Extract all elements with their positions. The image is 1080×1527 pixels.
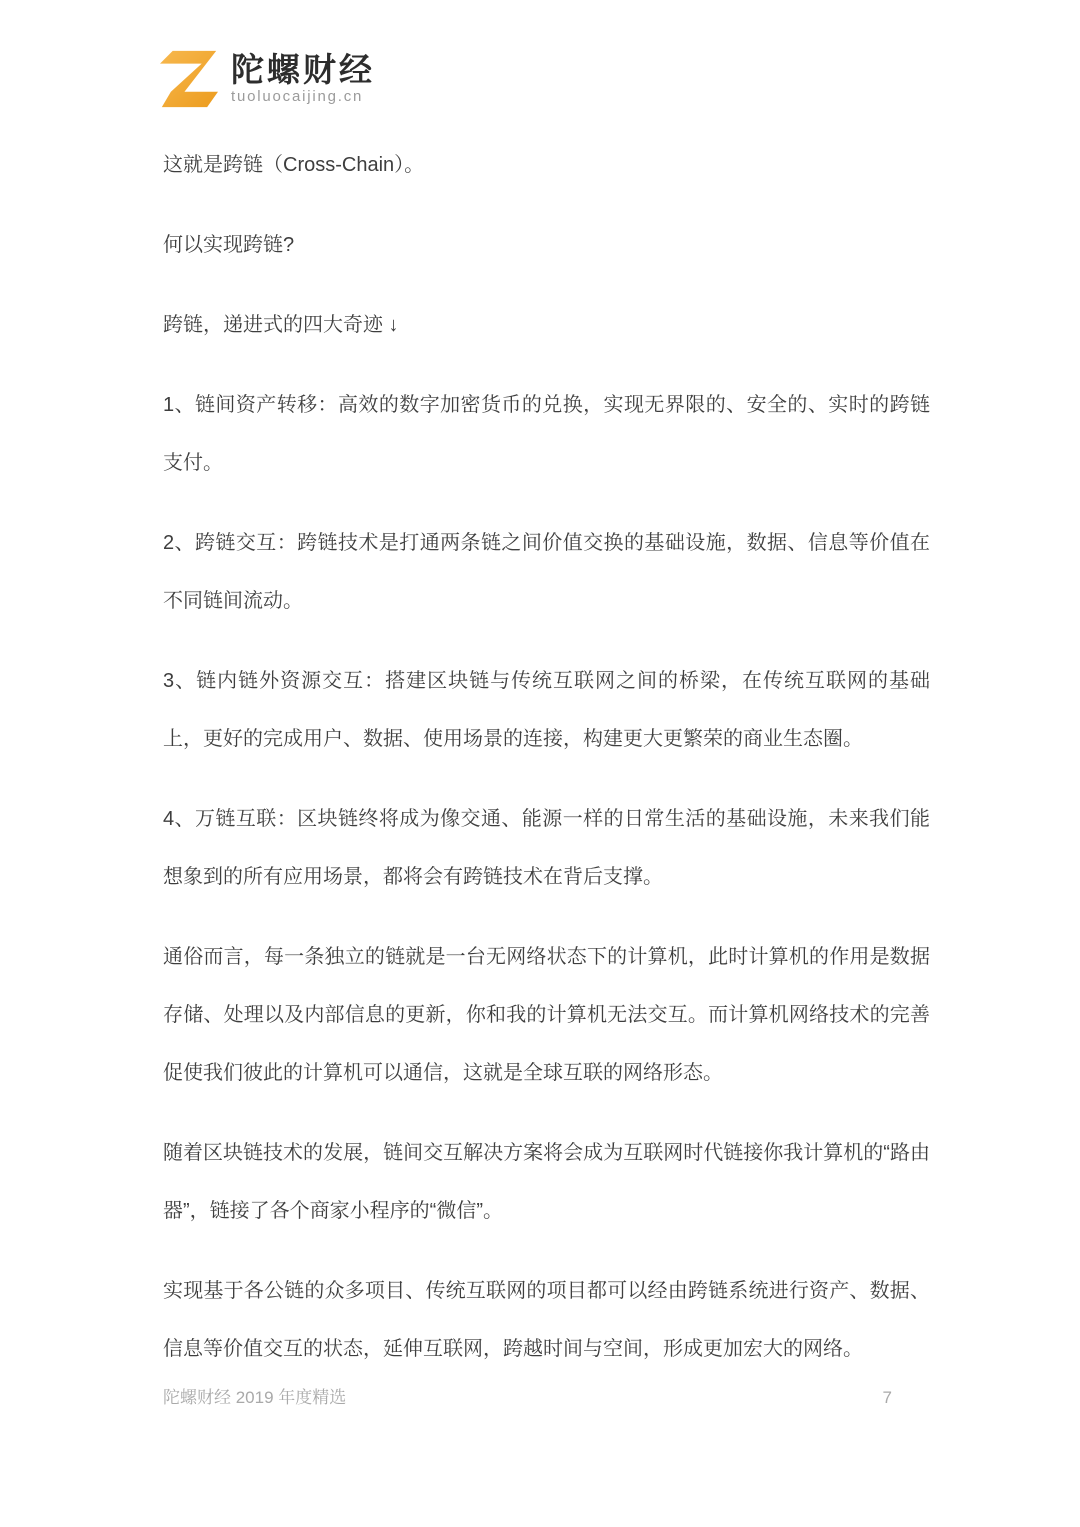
document-page: 陀螺财经 tuoluocaijing.cn 这就是跨链（Cross-Chain）… [0,0,1080,1527]
brand-name: 陀螺财经 [231,52,375,88]
footer-title: 陀螺财经 2019 年度精选 [163,1386,346,1410]
list-item-1: 1、链间资产转移：高效的数字加密货币的兑换，实现无界限的、安全的、实时的跨链支付… [163,376,930,492]
paragraph-closing: 实现基于各公链的众多项目、传统互联网的项目都可以经由跨链系统进行资产、数据、信息… [163,1262,930,1378]
list-item-2: 2、跨链交互：跨链技术是打通两条链之间价值交换的基础设施，数据、信息等价值在不同… [163,514,930,630]
tuoluo-z-icon [160,48,218,110]
list-item-4: 4、万链互联：区块链终将成为像交通、能源一样的日常生活的基础设施，未来我们能想象… [163,790,930,906]
list-item-3: 3、链内链外资源交互：搭建区块链与传统互联网之间的桥梁，在传统互联网的基础上，更… [163,652,930,768]
page-number: 7 [883,1386,930,1410]
brand-domain: tuoluocaijing.cn [231,89,375,106]
paragraph-subtitle: 跨链，递进式的四大奇迹 ↓ [163,296,930,354]
document-body: 这就是跨链（Cross-Chain）。 何以实现跨链? 跨链，递进式的四大奇迹 … [163,136,930,1400]
paragraph-question: 何以实现跨链? [163,216,930,274]
brand-text-block: 陀螺财经 tuoluocaijing.cn [231,52,375,105]
paragraph-explain: 通俗而言，每一条独立的链就是一台无网络状态下的计算机，此时计算机的作用是数据存储… [163,928,930,1102]
brand-logo: 陀螺财经 tuoluocaijing.cn [160,48,375,110]
page-footer: 陀螺财经 2019 年度精选 7 [163,1386,930,1410]
paragraph-intro: 这就是跨链（Cross-Chain）。 [163,136,930,194]
paragraph-router: 随着区块链技术的发展，链间交互解决方案将会成为互联网时代链接你我计算机的“路由器… [163,1124,930,1240]
